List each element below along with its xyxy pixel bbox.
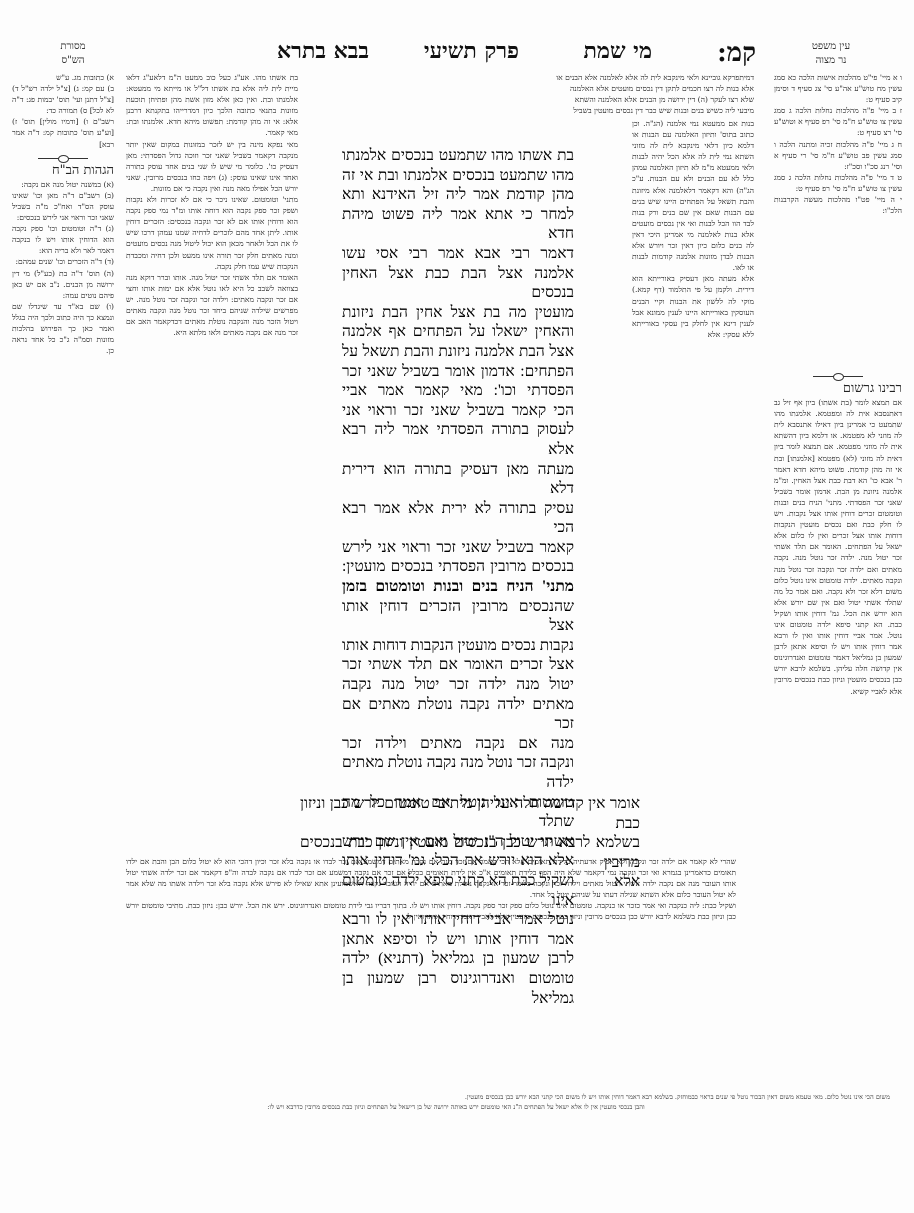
masoret-hashas-column: א) כתובות מג. ע"ש ב) עם קמ: ג) [צ"ל ילדה…	[12, 72, 114, 356]
ein-mishpat-label: עין משפט	[796, 40, 866, 54]
gemara-line: מעתה מאן דעסיק בתורה הוא דירית דלא	[342, 460, 574, 499]
chapter-name: מי שמת	[583, 38, 652, 64]
gemara-line: נקבות נכסים מועטין הנקבות דוחות אותו	[342, 636, 574, 656]
masoret-entry: א) כתובות מג. ע"ש	[12, 72, 114, 83]
ner-mitzvah-label: נר מצוה	[796, 54, 866, 68]
hagahot-entry: (א) במשנה יטול מנה אם נקבה:	[12, 179, 114, 190]
bottom-note-line: משום הכי אינו נוטל כלום. מאי טעמא משום ד…	[22, 1092, 890, 1102]
hagahot-entry: (ה) תוס' ד"ה בת (כע"ל) מי דין ירושה מן ה…	[12, 268, 114, 301]
hagahot-entry: (ו) שם בא"ד עד שיגדלו שם ונמצא כך היה כת…	[12, 301, 114, 356]
masoret-entry: ב) עם קמ: ג) [צ"ל ילדה רש"ל ד) [צ"ל דתנן…	[12, 83, 114, 116]
bottom-notes: משום הכי אינו נוטל כלום. מאי טעמא משום ד…	[22, 1092, 890, 1112]
commentary-paragraph: שהרי לא קאמר אם ילדה זכר ונקבה ולא אפיק …	[126, 856, 736, 900]
ein-mishpat-entry: ט ד מיי' פ"ה מהלכות נחלות הלכה ג סמג עשי…	[774, 172, 902, 194]
rashi-line: שלא רצו לעקר (ה) דין ירושה מן הבנים אלא …	[454, 94, 754, 105]
ein-mishpat-entry: ו א מיי' פי"ט מהלכות אישות הלכה כא סמג ע…	[774, 72, 902, 105]
gemara-line: למחר כי אתא אמר ליה פשוט מיהת חדא	[342, 205, 574, 244]
gemara-line: מאתים ילדה נקבה נוטלת מאתים אם זכר	[342, 695, 574, 734]
masoret-entry: רשב"ם ו) [ודמיו מולין] תוס' ז) [וע"ע תוס…	[12, 116, 114, 149]
gemara-line: מהן קודמת אמר ליה זיל האידנא ותא	[342, 185, 574, 205]
ornamental-divider	[813, 376, 863, 377]
gemara-line: והאחין ישאלו על הפתחים אף אלמנה	[342, 322, 574, 342]
ein-mishpat-header: עין משפט נר מצוה	[796, 40, 866, 68]
ein-mishpat-column: ו א מיי' פי"ט מהלכות אישות הלכה כא סמג ע…	[774, 72, 902, 216]
tosafot-paragraph: מאי נפקא מינה בין יש לזכר במזונות במקום …	[126, 139, 298, 194]
gemara-line: יטול מנה ילדה זכר יטול מנה נקבה	[342, 675, 574, 695]
commentary-paragraph: ושקיל כבת: ליה כנקבה ואי אמר כזכר או כנק…	[126, 900, 736, 922]
rabbeinu-gershom-title: רבינו גרשום	[774, 383, 902, 394]
gemara-line: דאמר רבי אבא אמר רבי אסי עשו	[342, 244, 574, 264]
gemara-line: לעסוק בתורה הפסדתי אמר ליה רבא אלא	[342, 420, 574, 459]
gemara-line: בת אשתו מהו שתמעט בנכסים אלמנתו	[342, 146, 574, 166]
gemara-line: מהו שתמעט בנכסים אלמנתו ובת אי זה	[342, 166, 574, 186]
tosafot-column: בת אשתו מהו. אע"ג כעל כוב ממעט ה"מ דלאע"…	[126, 72, 298, 338]
rashi-column: בנות אם ממעטא נמי אלמנה (הג"ה. וכן כתוב …	[632, 118, 754, 340]
tractate-name: בבא בתרא	[277, 38, 369, 64]
hagahot-entry: (ב) רשב"ם ד"ה מאן וכו' שאינו עוסק הס"ד ו…	[12, 190, 114, 223]
gemara-line: מועטין מה בת אצל אחין הבת ניזונת	[342, 303, 574, 323]
gemara-line: הכי קאמר בשביל שאני זכר וראוי אני	[342, 401, 574, 421]
rabbeinu-gershom-column: רבינו גרשום אם תמצא לומר (בת אשתו) ביון …	[774, 368, 902, 697]
masoret-hashas-header: מסורת הש"ס	[48, 40, 98, 68]
gemara-line: הפתחים: אדמון אומר בשביל שאני זכר	[342, 362, 574, 382]
ein-mishpat-entry: י ה מיי' פט"ו מהלכות מעשה הקרבנות הלכ"ו:	[774, 194, 902, 216]
chapter-number: פרק תשיעי	[424, 38, 519, 64]
gemara-line: לרבן שמעון בן גמליאל (דתניא) ילדה	[342, 949, 574, 969]
rashi-paragraph: בנות אם ממעטא נמי אלמנה (הג"ה. וכן כתוב …	[632, 118, 754, 273]
gemara-line: בנכסים מרובין הפסדתי בנכסים מועטין:	[342, 557, 574, 577]
hagahot-habach-title: הגהות הב"ח	[12, 165, 114, 176]
gemara-line: מנה אם נקבה מאתים וילדה זכר	[342, 734, 574, 754]
gemara-line: אצל זכרים האומר אם תלד אשתי זכר	[342, 655, 574, 675]
gemara-line: אלמנה אצל הבת כבת אצל האחין בנכסים	[342, 264, 574, 303]
daf-number: קמ:	[717, 38, 756, 68]
ein-mishpat-entry: ח ג מיי' פ"ה מהלכות זכיה ומתנה הלכה ו סמ…	[774, 139, 902, 172]
tosafot-paragraph: האומר אם תלד אשתי זכר יטול מנה. אותו ובר…	[126, 272, 298, 339]
hagahot-entry: (ג) ד"ה וטומטום וכו' ספק נקבה הוא הדוחין…	[12, 223, 114, 256]
gemara-line: מתני' הניח בנים ובנות וטומטום בזמן	[342, 577, 574, 597]
gemara-line: אמר דוחין אותו ויש לו וסיפא אתאן	[342, 930, 574, 950]
ornamental-divider	[38, 158, 88, 159]
rashi-top-block: דמיתפרקא גוביינא ולאי מינקבא לית לה אלא …	[454, 72, 754, 116]
gemara-line: ונקבה זכר נוטל מנה נקבה נוטלת מאתים ילדה	[342, 753, 574, 792]
gemara-line: אומר אין קדושה חלה עליהן מיתיבי טומטום י…	[300, 794, 640, 833]
rashi-line: דמיתפרקא גוביינא ולאי מינקבא לית לה אלא …	[454, 72, 754, 83]
gemara-line: קאמר בשביל שאני זכר וראוי אני לירש	[342, 538, 574, 558]
gemara-line: הפסדתי וכו': מאי קאמר אמר אביי	[342, 381, 574, 401]
rashi-paragraph: אלא מעתה מאן דעסיק באורייתא הוא דירית. ו…	[632, 273, 754, 340]
gemara-line: טומטום ואנדרוגינוס רבן שמעון בן גמליאל	[342, 969, 574, 1008]
gemara-line: אצל הבת אלמנה ניזונת והבת תשאל על	[342, 342, 574, 362]
hashas-label: הש"ס	[48, 54, 98, 68]
rashi-line: אלא בנות לה רצו חכמים לתקן דין נכסים מוע…	[454, 83, 754, 94]
tosafot-paragraph: בת אשתו מהו. אע"ג כעל כוב ממעט ה"מ דלאע"…	[126, 72, 298, 139]
bottom-note-line: והבן בנכסי מועטין אין לו אלא ישאל על הפת…	[22, 1102, 890, 1112]
gemara-line: עסיק בתורה לא ירית אלא אמר רבא הכי	[342, 499, 574, 538]
ein-mishpat-entry: ז ב מיי' פ"ה מהלכות נחלות הלכה ג סמג עשי…	[774, 105, 902, 138]
wide-commentary: שהרי לא קאמר אם ילדה זכר ונקבה ולא אפיק …	[126, 856, 736, 923]
tosafot-paragraph: מתני' וטומטום. שאינו ניכר כי אם לא זכרות…	[126, 194, 298, 272]
masoret-label: מסורת	[48, 40, 98, 54]
rabbeinu-gershom-text: אם תמצא לומר (בת אשתו) ביון אף זיל גב דא…	[774, 397, 902, 697]
gemara-line: שהנכסים מרובין הזכרים דוחין אותו אצל	[342, 597, 574, 636]
rashi-line: מיבעי ליה כשיש בנים ובנות שיש כבר דין נכ…	[454, 105, 754, 116]
hagahot-entry: (ד) ד"ה הזכרים וכו' שנים עמהם:	[12, 256, 114, 267]
